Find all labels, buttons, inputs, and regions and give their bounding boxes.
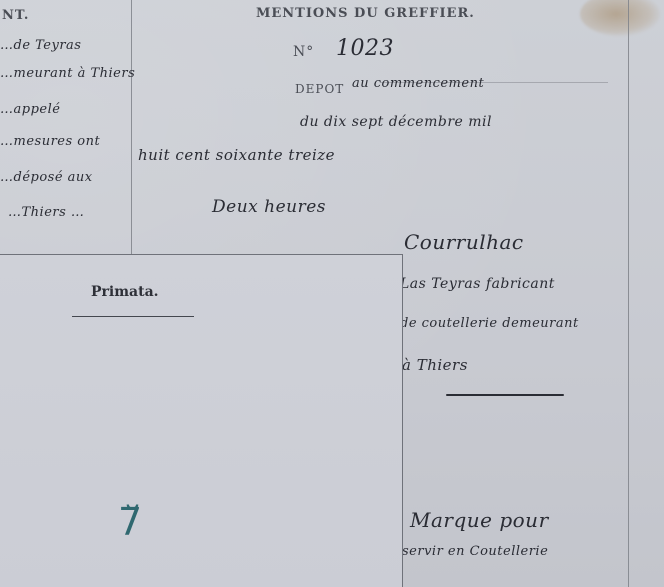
clerk-mentions-title: MENTIONS DU GREFFIER. bbox=[256, 6, 475, 21]
document-page: NT. …de Teyras …meurant à Thiers …appelé… bbox=[0, 0, 664, 587]
trademark-slip bbox=[0, 254, 403, 587]
left-handwriting-line-4: …mesures ont bbox=[0, 134, 100, 149]
stamp-number: 7̆ bbox=[118, 500, 142, 544]
left-column-header: NT. bbox=[2, 8, 29, 23]
depot-label: DEPOT bbox=[295, 82, 344, 96]
number-label: N° bbox=[293, 44, 314, 60]
date-line-2: huit cent soixante treize bbox=[138, 146, 335, 164]
paper-stain bbox=[580, 0, 660, 36]
left-handwriting-line-2: …meurant à Thiers bbox=[0, 66, 135, 81]
slip-title: Primata. bbox=[91, 284, 159, 300]
right-bottom-handwriting-line-1: Marque pour bbox=[410, 508, 549, 532]
left-handwriting-line-5: …déposé aux bbox=[0, 170, 93, 185]
right-handwriting-line-2: Las Teyras fabricant bbox=[400, 276, 555, 292]
right-margin-line bbox=[628, 0, 629, 587]
left-handwriting-line-3: …appelé bbox=[0, 102, 60, 117]
left-handwriting-line-6: …Thiers … bbox=[8, 205, 84, 220]
date-line: du dix sept décembre mil bbox=[300, 114, 492, 130]
left-handwriting-line-1: …de Teyras bbox=[0, 38, 81, 53]
depot-handwriting: au commencement bbox=[352, 76, 484, 91]
slip-title-rule bbox=[72, 316, 194, 317]
right-handwriting-line-4: à Thiers bbox=[402, 356, 468, 374]
deposit-time: Deux heures bbox=[212, 197, 326, 217]
right-bottom-handwriting-line-2: servir en Coutellerie bbox=[402, 544, 548, 559]
right-handwriting-line-3: de coutellerie demeurant bbox=[400, 316, 579, 331]
left-column-divider bbox=[131, 0, 132, 254]
right-handwriting-line-1: Courrulhac bbox=[404, 230, 524, 254]
registration-number: 1023 bbox=[336, 36, 394, 61]
closing-flourish bbox=[446, 394, 564, 396]
